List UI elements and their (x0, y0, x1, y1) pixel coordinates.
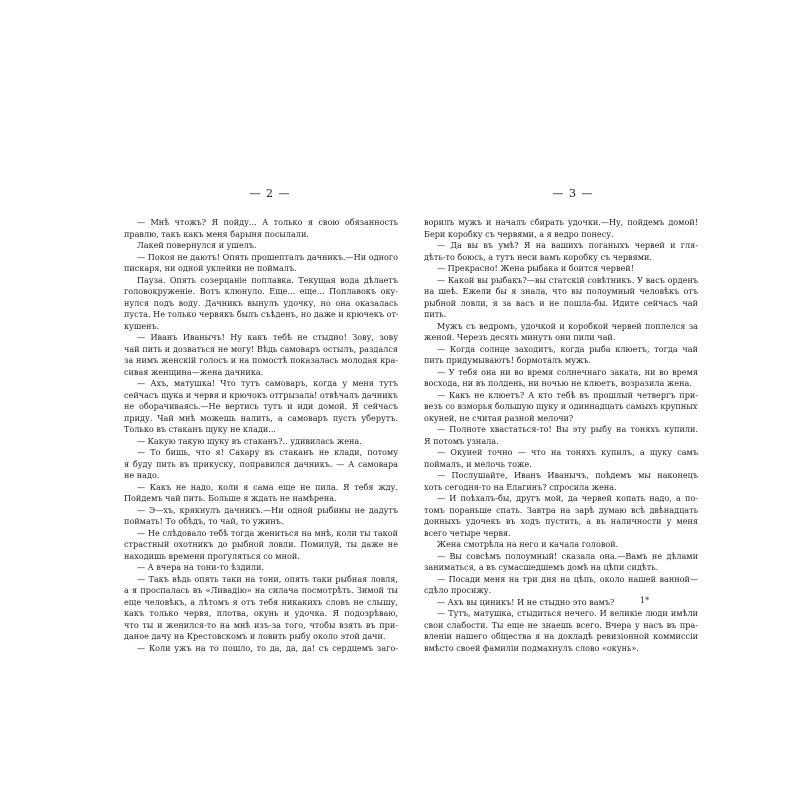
text-line: поймать! То обѣдъ, то чай, то ужинъ. (124, 516, 398, 528)
text-line: женой. Черезъ десять минутъ они пили чай… (424, 332, 698, 344)
text-line: страстный охотникъ до рыбной ловли. Поми… (124, 539, 398, 551)
text-line: ворилъ мужъ и началъ сбирать удочки.—Ну,… (424, 217, 698, 229)
text-line: везъ со взморья большую щуку и одиннадца… (424, 401, 698, 413)
text-line: — Да вы въ умѣ? Я на вашихъ поганыхъ чер… (424, 240, 698, 252)
text-line: донныхъ удочекъ въ ходъ пустить, а въ на… (424, 516, 698, 528)
text-line: пить придумываютъ! бормоталъ мужъ. (424, 355, 698, 367)
text-line: всего четыре червя. (424, 528, 698, 540)
text-line: — Какую такую щуку въ стаканъ?.. удивила… (124, 436, 398, 448)
text-line: окуней, не считая разной мелочи? (424, 413, 698, 425)
text-line: — А вчера на тони-то ѣздили. (124, 562, 398, 574)
text-line: Пауза. Опять созерцаніе поплавка. Текуща… (124, 275, 398, 287)
text-line: — Окуней точно — что на тоняхъ купилъ, а… (424, 447, 698, 459)
text-line: не оборачиваясь.—Не вертись тутъ и иди д… (124, 401, 398, 413)
text-line: — Ахъ, матушка! Что тутъ самоваръ, когда… (124, 378, 398, 390)
text-line: что ты и женился-то на мнѣ изъ-за того, … (124, 620, 398, 632)
text-line: — Не слѣдовало тебѣ тогда жениться на мн… (124, 528, 398, 540)
text-line: а я проспалась въ «Ливадію» на силача по… (124, 585, 398, 597)
text-line: кушенъ. (124, 321, 398, 333)
text-line: вмѣсто своей фамиліи подмахнулъ слово «о… (424, 643, 698, 655)
text-line: — Иванъ Иванычъ! Ну какъ тебѣ не стыдно!… (124, 332, 398, 344)
text-line: пить. (424, 309, 698, 321)
left-page: — 2 — — Мнѣ чтожъ? Я пойду... А только я… (124, 186, 398, 654)
text-line: не надо. (124, 470, 398, 482)
text-line: нулся подъ воду. Дачникъ вынулъ удочку, … (124, 298, 398, 310)
text-line: поймалъ, и мелочь тоже. (424, 459, 698, 471)
text-line: свои слабости. Ты еще не знаешь всего. В… (424, 620, 698, 632)
text-line: я буду пить въ прикуску, поправился дачн… (124, 459, 398, 471)
text-line: головокруженіе. Вотъ клюнуло. Еще... еще… (124, 286, 398, 298)
text-line: — Э—хъ, крякнулъ дачникъ.—Ни одной рыбин… (124, 505, 398, 517)
page-number-left: — 2 — (124, 186, 398, 202)
text-line: Жена смотрѣла на него и качала головой. (424, 539, 698, 551)
text-line: Пойдемъ чай пить. Больше я ждать не намѣ… (124, 493, 398, 505)
signature-mark: 1* (640, 596, 649, 605)
text-line: — Посади меня на три дня на цѣпь, около … (424, 574, 698, 586)
text-line: — Какой вы рыбакъ?—вы статскій совѣтникъ… (424, 275, 698, 287)
text-line: пуста. Не только червякъ былъ съѣденъ, н… (124, 309, 398, 321)
text-line: дѣть-то боюсь, а тутъ неси вамъ коробку … (424, 252, 698, 264)
text-line: Бери коробку съ червями, а я ведро понес… (424, 229, 698, 241)
text-line: даное дачу на Крестовскомъ и ловить рыбу… (124, 631, 398, 643)
text-line: приду. Чай мнѣ можешь налить, а самоваръ… (124, 413, 398, 425)
text-line: — Такъ вѣдь опять таки на тони, опять та… (124, 574, 398, 586)
text-line: Я потомъ узнала. (424, 436, 698, 448)
left-page-text: — Мнѣ чтожъ? Я пойду... А только я свою … (124, 217, 398, 654)
text-line: сейчасъ щука и червя и крючокъ отгрызала… (124, 390, 398, 402)
text-line: — Прекрасно! Жена рыбака и боится червей… (424, 263, 698, 275)
text-line: — Тутъ, матушка, стыдиться нечего. И вел… (424, 608, 698, 620)
text-line: Мужъ съ ведромъ, удочкой и коробкой черв… (424, 321, 698, 333)
text-line: чай пить и дозваться не могу! Вѣдь самов… (124, 344, 398, 356)
text-line: — Мнѣ чтожъ? Я пойду... А только я свою … (124, 217, 398, 229)
text-line: — Коли ужъ на то пошло, то да, да, да! с… (124, 643, 398, 655)
text-line: на шеѣ. Ежели бы я знала, что вы полоумн… (424, 286, 698, 298)
text-line: — Послушайте, Иванъ Иванычъ, поѣдемъ мы … (424, 470, 698, 482)
text-line: — Какъ не надо, коли я сама еще не пила.… (124, 482, 398, 494)
text-line: — Вы совсѣмъ полоумный! сказала она.—Вам… (424, 551, 698, 563)
text-line: хоть сегодня-то на Елагинъ? спросила жен… (424, 482, 698, 494)
text-line: сивая женщина—жена дачника. (124, 367, 398, 379)
text-line: еще человѣкъ, а лѣтомъ я отъ тебя никаки… (124, 597, 398, 609)
text-line: находишь времени прогуляться со мной. (124, 551, 398, 563)
text-line: рыбной ловли, я за васъ и не пошла-бы. И… (424, 298, 698, 310)
text-line: Лакей повернулся и ушелъ. (124, 240, 398, 252)
text-line: томъ пораньше спать. Завтра на зарѣ дума… (424, 505, 698, 517)
text-line: — У тебя она ни во время солнечнаго зака… (424, 367, 698, 379)
right-page: — 3 — ворилъ мужъ и началъ сбирать удочк… (424, 186, 698, 654)
text-line: — Какъ не клюетъ? А кто тебѣ въ прошлый … (424, 390, 698, 402)
text-line: восхода, ни въ полдень, ни ночью не клюе… (424, 378, 698, 390)
text-line: Только въ стаканъ щуку не клади... (124, 424, 398, 436)
page-number-right: — 3 — (424, 186, 698, 202)
text-line: — Ахъ вы циникъ! И не стыдно это вамъ? (424, 597, 698, 609)
text-line: какъ только червя, плотва, окунь и удочк… (124, 608, 398, 620)
right-page-text: ворилъ мужъ и началъ сбирать удочки.—Ну,… (424, 217, 698, 654)
text-line: сдѣло просижу. (424, 585, 698, 597)
text-line: — И поѣхалъ-бы, другъ мой, да червей коп… (424, 493, 698, 505)
text-line: — Когда солнце заходитъ, когда рыба клюе… (424, 344, 698, 356)
text-line: пискаря, ни одной уклейки не поймалъ. (124, 263, 398, 275)
text-line: вленіи нашего общества я на докладѣ реви… (424, 631, 698, 643)
text-line: за нимъ женскій голосъ и на помостѣ пока… (124, 355, 398, 367)
text-line: правлю, такъ какъ меня барыня посылали. (124, 229, 398, 241)
text-line: заниматься, а въ сумасшедшемъ домѣ на цѣ… (424, 562, 698, 574)
text-line: — Полноте хвастаться-то! Вы эту рыбу на … (424, 424, 698, 436)
text-line: — Покоя не даютъ! Опять прошепталъ дачни… (124, 252, 398, 264)
text-line: — То бишь, что я! Сахару въ стаканъ не к… (124, 447, 398, 459)
